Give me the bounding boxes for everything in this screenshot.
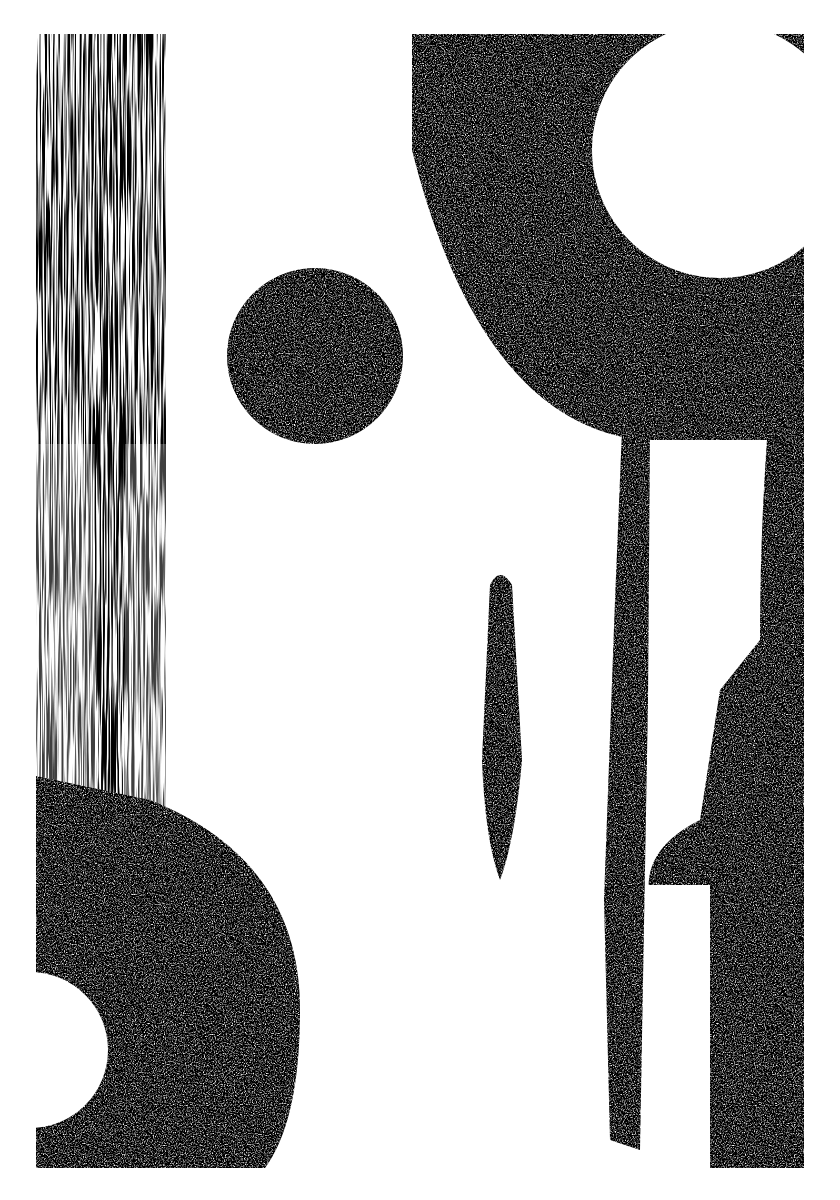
small-black-circle: [227, 268, 403, 444]
abstract-artwork: [0, 0, 840, 1200]
